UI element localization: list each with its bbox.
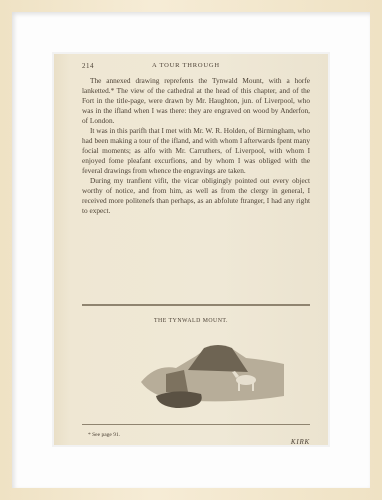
- footnote-rule: [82, 424, 310, 425]
- illustration-caption: THE TYNWALD MOUNT.: [54, 318, 328, 324]
- top-rule: [82, 304, 310, 306]
- page-header: 214 A TOUR THROUGH: [82, 62, 310, 72]
- running-head: A TOUR THROUGH: [152, 62, 220, 69]
- book-page: 214 A TOUR THROUGH The annexed drawing r…: [54, 54, 328, 445]
- catchword: KIRK: [291, 438, 310, 446]
- footnote: * See page 91.: [88, 432, 120, 438]
- engraving-illustration: [136, 334, 286, 414]
- paragraph: The annexed drawing reprefents the Tynwa…: [82, 76, 310, 126]
- body-text: The annexed drawing reprefents the Tynwa…: [82, 76, 310, 216]
- paragraph: It was in this parifh that I met with Mr…: [82, 126, 310, 176]
- page-number: 214: [82, 62, 94, 70]
- paragraph: During my tranfient vifit, the vicar obl…: [82, 176, 310, 216]
